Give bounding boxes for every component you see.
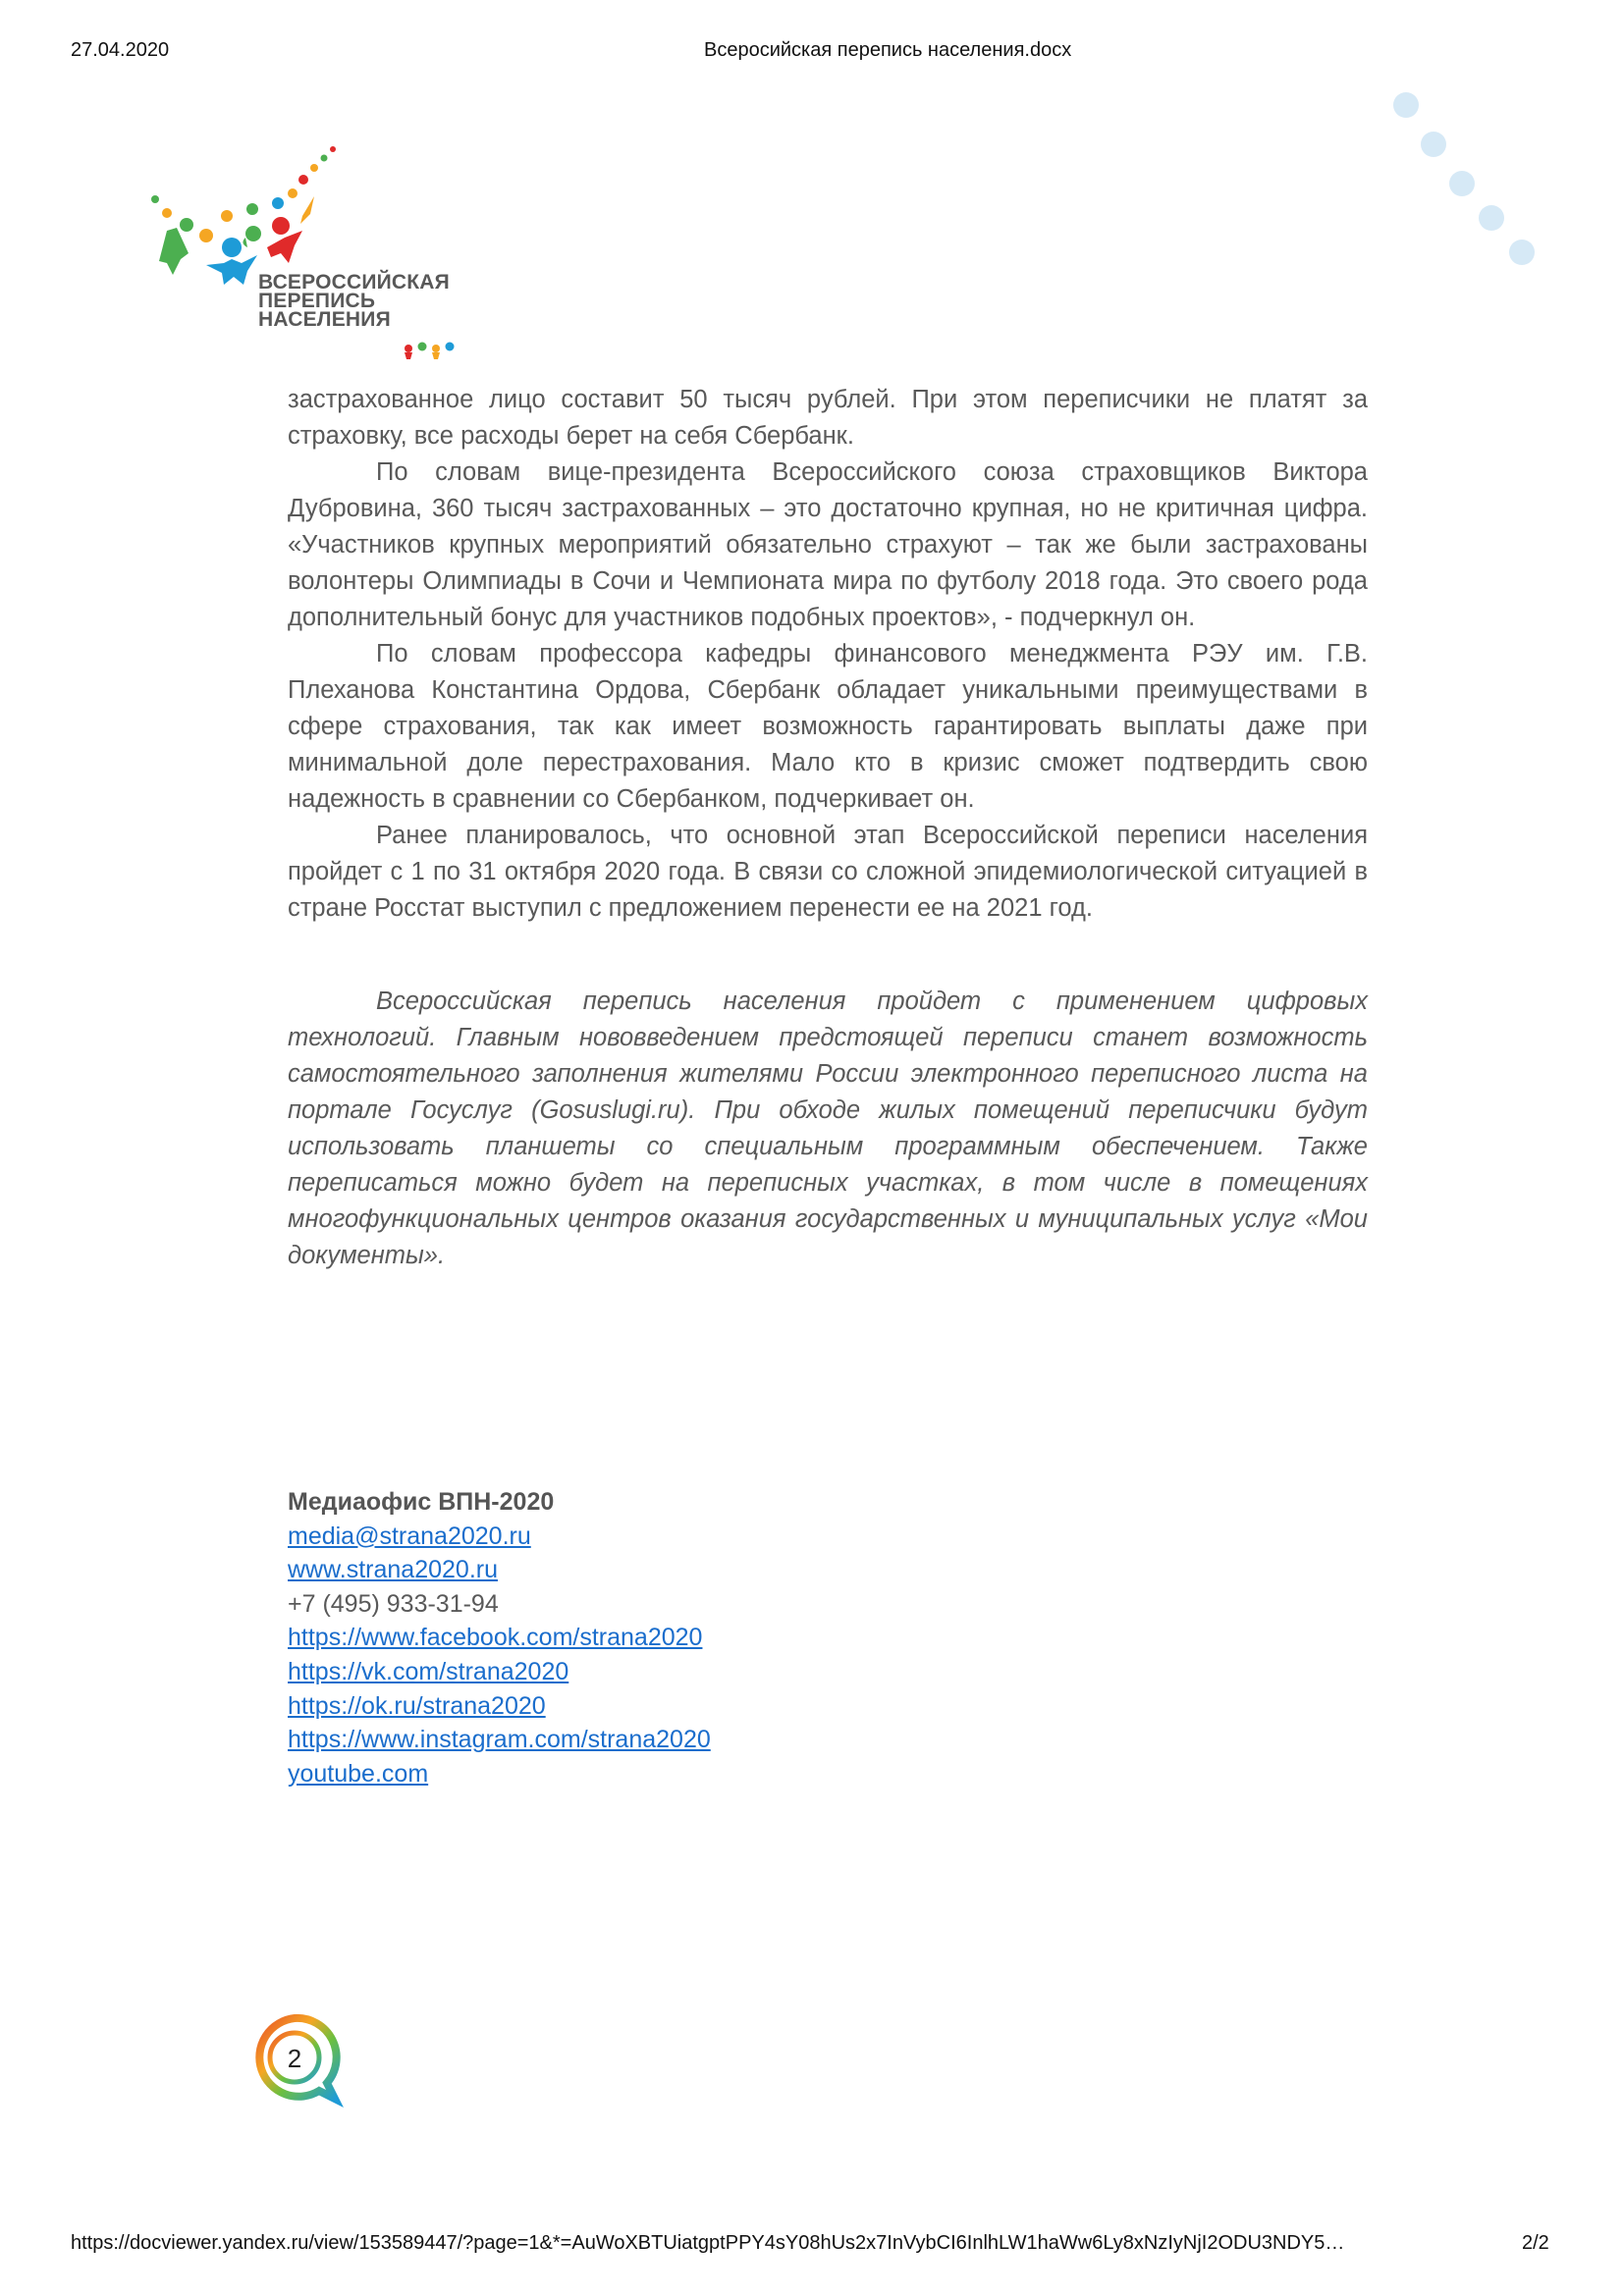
logo-wordmark: ВСЕРОССИЙСКАЯ ПЕРЕПИСЬ НАСЕЛЕНИЯ: [258, 273, 450, 329]
print-date: 27.04.2020: [71, 39, 169, 62]
speech-bubble-rainbow-icon: 2: [250, 2012, 349, 2110]
footer-page-indicator: 2/2: [1522, 2232, 1549, 2255]
phone-number: +7 (495) 933-31-94: [288, 1587, 711, 1622]
contacts-block: Медиаофис ВПН-2020 media@strana2020.ru w…: [288, 1485, 711, 1790]
website-link[interactable]: www.strana2020.ru: [288, 1553, 711, 1587]
instagram-link[interactable]: https://www.instagram.com/strana2020: [288, 1723, 711, 1757]
census-logo-icon: [137, 137, 491, 373]
document-body: застрахованное лицо составит 50 тысяч ру…: [288, 382, 1368, 1274]
paragraph: застрахованное лицо составит 50 тысяч ру…: [288, 382, 1368, 454]
contacts-heading: Медиаофис ВПН-2020: [288, 1485, 711, 1520]
page-number: 2: [288, 2044, 301, 2073]
facebook-link[interactable]: https://www.facebook.com/strana2020: [288, 1621, 711, 1655]
youtube-link[interactable]: youtube.com: [288, 1757, 711, 1791]
email-link[interactable]: media@strana2020.ru: [288, 1520, 711, 1554]
document-title: Всеросийская перепись населения.docx: [704, 39, 1071, 62]
footer-url: https://docviewer.yandex.ru/view/1535894…: [71, 2232, 1344, 2255]
vk-link[interactable]: https://vk.com/strana2020: [288, 1655, 711, 1689]
logo-line: НАСЕЛЕНИЯ: [258, 310, 450, 329]
decorative-dots-icon: [1375, 79, 1623, 294]
paragraph: Ранее планировалось, что основной этап В…: [288, 818, 1368, 927]
ok-link[interactable]: https://ok.ru/strana2020: [288, 1689, 711, 1724]
paragraph: По словам вице-президента Всероссийского…: [288, 454, 1368, 636]
paragraph: По словам профессора кафедры финансового…: [288, 636, 1368, 818]
italic-paragraph: Всероссийская перепись населения пройдет…: [288, 984, 1368, 1274]
